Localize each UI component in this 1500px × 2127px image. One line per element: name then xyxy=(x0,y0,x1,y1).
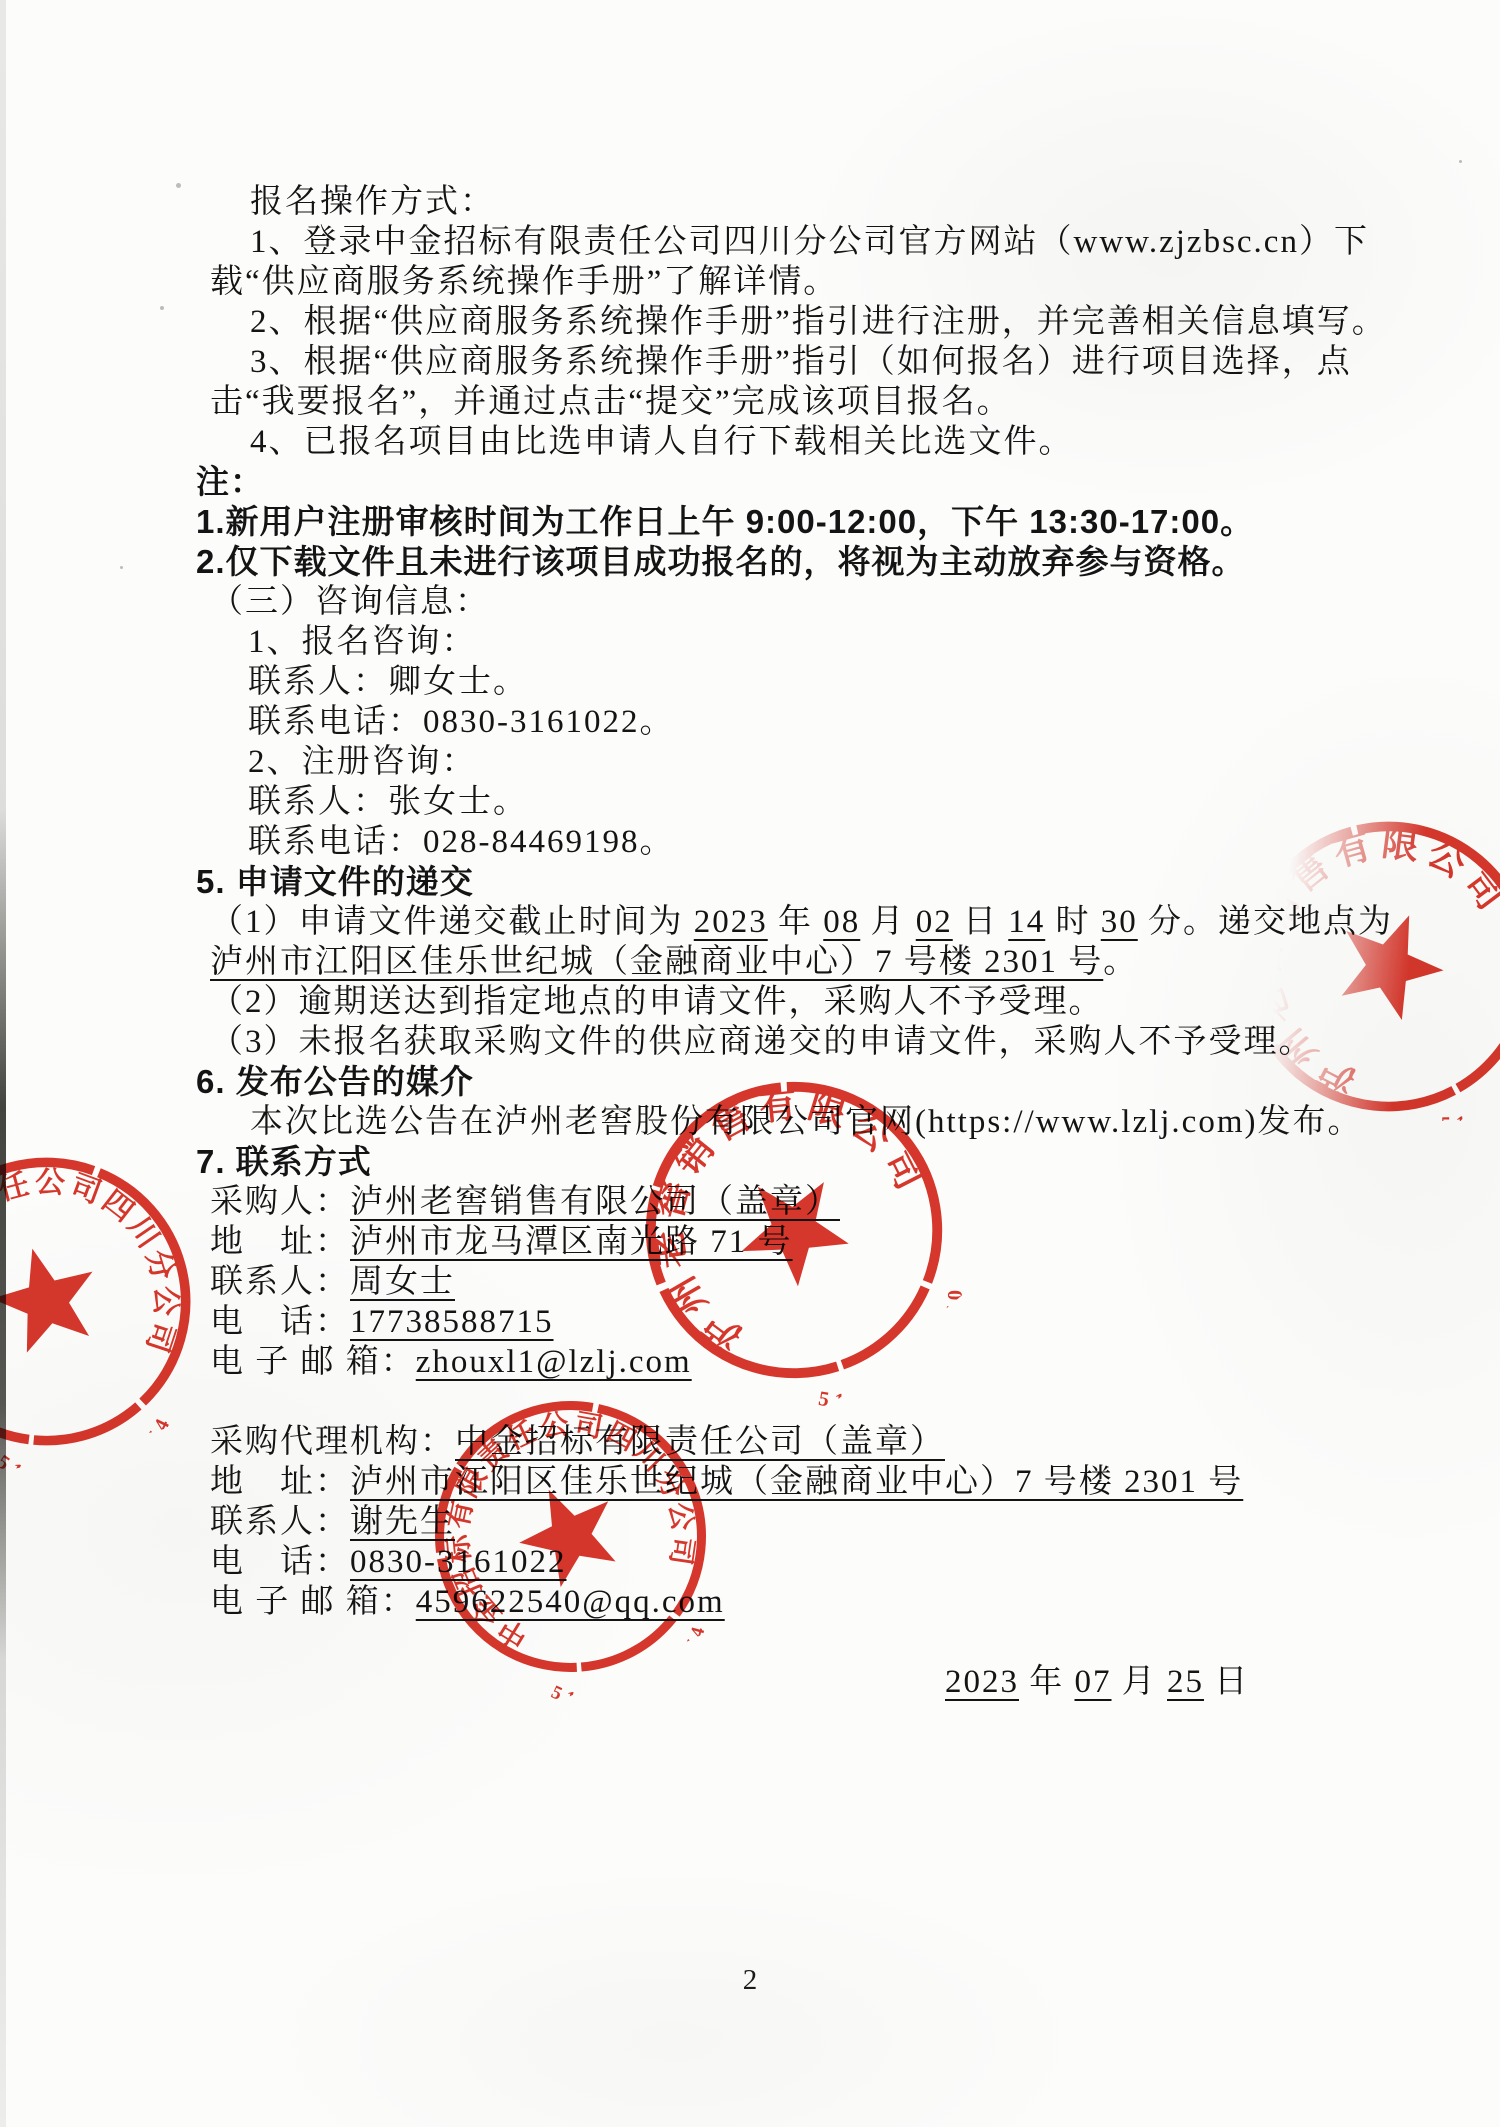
text-run: 2、根据“供应商服务系统操作手册”指引进行注册，并完善相关信息填写。 xyxy=(250,304,1387,340)
text-line: （1）申请文件递交截止时间为 2023 年 08 月 02 日 14 时 30 … xyxy=(210,902,1385,942)
text-run: 联系电话：028-84469198。 xyxy=(248,824,675,860)
text-run: 电 话： xyxy=(210,1544,350,1580)
text-run: 地 址： xyxy=(210,1224,350,1260)
scan-speck xyxy=(160,306,164,310)
text-line: 电 话：17738588715 xyxy=(210,1302,1385,1342)
text-line: 地 址：泸州市江阳区佳乐世纪城（金融商业中心）7 号楼 2301 号 xyxy=(210,1462,1385,1502)
text-run: 分。递交地点为 xyxy=(1138,904,1393,940)
text-line: 联系人：周女士 xyxy=(210,1262,1385,1302)
text-run: 日 xyxy=(953,904,1009,940)
text-line: 泸州市江阳区佳乐世纪城（金融商业中心）7 号楼 2301 号。 xyxy=(210,942,1385,982)
text-run: 采购人： xyxy=(210,1184,350,1220)
text-line: 本次比选公告在泸州老窖股份有限公司官网(https://www.lzlj.com… xyxy=(210,1102,1385,1142)
text-run: 电 子 邮 箱： xyxy=(210,1344,416,1380)
underlined-text: 泸州市江阳区佳乐世纪城（金融商业中心）7 号楼 2301 号 xyxy=(210,944,1103,980)
text-line: 注： xyxy=(196,462,1385,502)
underlined-text: 0830-3161022 xyxy=(350,1544,567,1580)
underlined-text: 17738588715 xyxy=(350,1304,554,1340)
text-run: （三）咨询信息： xyxy=(210,584,490,620)
text-line: 报名操作方式： xyxy=(210,182,1385,222)
text-run: 击“我要报名”，并通过点击“提交”完成该项目报名。 xyxy=(210,384,1012,420)
text-line: 7. 联系方式 xyxy=(196,1142,1385,1182)
text-line xyxy=(210,1382,1385,1422)
page-number: 2 xyxy=(0,1964,1500,1997)
text-line: 2023 年 07 月 25 日 xyxy=(945,1662,1385,1702)
text-line: 采购人：泸州老窖销售有限公司（盖章） xyxy=(210,1182,1385,1222)
text-line: 联系人：谢先生 xyxy=(210,1502,1385,1542)
scan-speck xyxy=(120,566,123,569)
stamp-company-text: 中金招标有限责任公司四川分公司 xyxy=(0,1135,200,1421)
text-line: 5. 申请文件的递交 xyxy=(196,862,1385,902)
underlined-text: zhouxl1@lzlj.com xyxy=(416,1344,692,1380)
underlined-text: 459622540@qq.com xyxy=(416,1584,725,1620)
underlined-text: 中金招标有限责任公司（盖章） xyxy=(455,1424,945,1460)
text-line xyxy=(210,1622,1385,1662)
text-line: 3、根据“供应商服务系统操作手册”指引（如何报名）进行项目选择，点 xyxy=(210,342,1385,382)
text-line: 1.新用户注册审核时间为工作日上午 9:00-12:00，下午 13:30-17… xyxy=(196,502,1385,542)
text-run: （3）未报名获取采购文件的供应商递交的申请文件，采购人不予受理。 xyxy=(210,1024,1314,1060)
scan-speck xyxy=(176,183,181,188)
text-line: 1、报名咨询： xyxy=(248,622,1385,662)
text-run: 联系人： xyxy=(210,1504,350,1540)
text-run: 。 xyxy=(1103,944,1138,980)
underlined-text: 07 xyxy=(1075,1664,1112,1700)
document-body: 报名操作方式：1、登录中金招标有限责任公司四川分公司官方网站（www.zjzbs… xyxy=(210,182,1385,1702)
text-line: （2）逾期送达到指定地点的申请文件，采购人不予受理。 xyxy=(210,982,1385,1022)
text-run: 5. 申请文件的递交 xyxy=(196,863,474,900)
text-line: （3）未报名获取采购文件的供应商递交的申请文件，采购人不予受理。 xyxy=(210,1022,1385,1062)
text-run: 本次比选公告在泸州老窖股份有限公司官网(https://www.lzlj.com… xyxy=(250,1104,1362,1140)
text-run: 时 xyxy=(1045,904,1101,940)
text-line: 电 话：0830-3161022 xyxy=(210,1542,1385,1582)
text-run: （1）申请文件递交截止时间为 xyxy=(210,904,694,940)
text-run: （2）逾期送达到指定地点的申请文件，采购人不予受理。 xyxy=(210,984,1104,1020)
text-run: 联系人：张女士。 xyxy=(248,784,528,820)
text-line: 电 子 邮 箱：459622540@qq.com xyxy=(210,1582,1385,1622)
text-line: 2.仅下载文件且未进行该项目成功报名的，将视为主动放弃参与资格。 xyxy=(196,542,1385,582)
underlined-text: 周女士 xyxy=(350,1264,455,1300)
text-run: 注： xyxy=(196,463,264,500)
text-line: 击“我要报名”，并通过点击“提交”完成该项目报名。 xyxy=(210,382,1385,422)
text-run: 6. 发布公告的媒介 xyxy=(196,1063,474,1100)
scan-speck xyxy=(1459,160,1462,163)
text-line: 联系人：张女士。 xyxy=(248,782,1385,822)
underlined-text: 泸州市江阳区佳乐世纪城（金融商业中心）7 号楼 2301 号 xyxy=(350,1464,1243,1500)
text-run: 年 xyxy=(1019,1664,1075,1700)
text-run: 载“供应商服务系统操作手册”了解详情。 xyxy=(210,264,838,300)
text-run: 4、已报名项目由比选申请人自行下载相关比选文件。 xyxy=(250,424,1074,460)
star-icon xyxy=(0,1235,108,1358)
text-run: 采购代理机构： xyxy=(210,1424,455,1460)
text-line: 采购代理机构：中金招标有限责任公司（盖章） xyxy=(210,1422,1385,1462)
underlined-text: 泸州老窖销售有限公司（盖章） xyxy=(350,1184,840,1220)
text-line: 电 子 邮 箱：zhouxl1@lzlj.com xyxy=(210,1342,1385,1382)
text-run: 月 xyxy=(1112,1664,1168,1700)
text-run: 地 址： xyxy=(210,1464,350,1500)
text-line: 1、登录中金招标有限责任公司四川分公司官方网站（www.zjzbsc.cn）下 xyxy=(210,222,1385,262)
underlined-text: 谢先生 xyxy=(350,1504,455,1540)
stamp-serial-number: 5105025109760 xyxy=(1429,979,1500,1166)
underlined-text: 14 xyxy=(1008,904,1045,940)
text-run: 1、登录中金招标有限责任公司四川分公司官方网站（www.zjzbsc.cn）下 xyxy=(250,224,1369,260)
scan-edge-artifact xyxy=(0,0,6,2127)
text-line: 6. 发布公告的媒介 xyxy=(196,1062,1385,1102)
underlined-text: 08 xyxy=(823,904,860,940)
text-line: 2、根据“供应商服务系统操作手册”指引进行注册，并完善相关信息填写。 xyxy=(210,302,1385,342)
stamp-serial-number: 5101009495374 xyxy=(0,1405,189,1489)
text-run: 联系人： xyxy=(210,1264,350,1300)
text-run: 3、根据“供应商服务系统操作手册”指引（如何报名）进行项目选择，点 xyxy=(250,344,1352,380)
text-run: 联系人：卿女士。 xyxy=(248,664,528,700)
underlined-text: 2023 xyxy=(945,1664,1019,1700)
text-run: 月 xyxy=(860,904,916,940)
scanned-document-page: { "page": { "number": "2" }, "document":… xyxy=(0,0,1500,2127)
text-run: 年 xyxy=(768,904,824,940)
text-run: 电 话： xyxy=(210,1304,350,1340)
underlined-text: 25 xyxy=(1167,1664,1204,1700)
text-run: 日 xyxy=(1204,1664,1249,1700)
text-run: 2、注册咨询： xyxy=(248,744,477,780)
text-line: 联系人：卿女士。 xyxy=(248,662,1385,702)
text-line: （三）咨询信息： xyxy=(210,582,1385,622)
text-run: 1、报名咨询： xyxy=(248,624,477,660)
text-line: 4、已报名项目由比选申请人自行下载相关比选文件。 xyxy=(210,422,1385,462)
underlined-text: 02 xyxy=(916,904,953,940)
text-run: 7. 联系方式 xyxy=(196,1143,372,1180)
agency-stamp-left-edge: 中金招标有限责任公司四川分公司5101009495374 xyxy=(0,1148,200,1455)
text-line: 地 址：泸州市龙马潭区南光路 71 号 xyxy=(210,1222,1385,1262)
text-line: 联系电话：028-84469198。 xyxy=(248,822,1385,862)
text-run: 电 子 邮 箱： xyxy=(210,1584,416,1620)
underlined-text: 2023 xyxy=(694,904,768,940)
text-line: 载“供应商服务系统操作手册”了解详情。 xyxy=(210,262,1385,302)
text-run: 报名操作方式： xyxy=(250,184,495,220)
underlined-text: 泸州市龙马潭区南光路 71 号 xyxy=(350,1224,793,1260)
text-run: 联系电话：0830-3161022。 xyxy=(248,704,675,740)
text-run: 2.仅下载文件且未进行该项目成功报名的，将视为主动放弃参与资格。 xyxy=(196,543,1246,580)
text-line: 2、注册咨询： xyxy=(248,742,1385,782)
text-line: 联系电话：0830-3161022。 xyxy=(248,702,1385,742)
underlined-text: 30 xyxy=(1101,904,1138,940)
text-run: 1.新用户注册审核时间为工作日上午 9:00-12:00，下午 13:30-17… xyxy=(196,503,1254,540)
